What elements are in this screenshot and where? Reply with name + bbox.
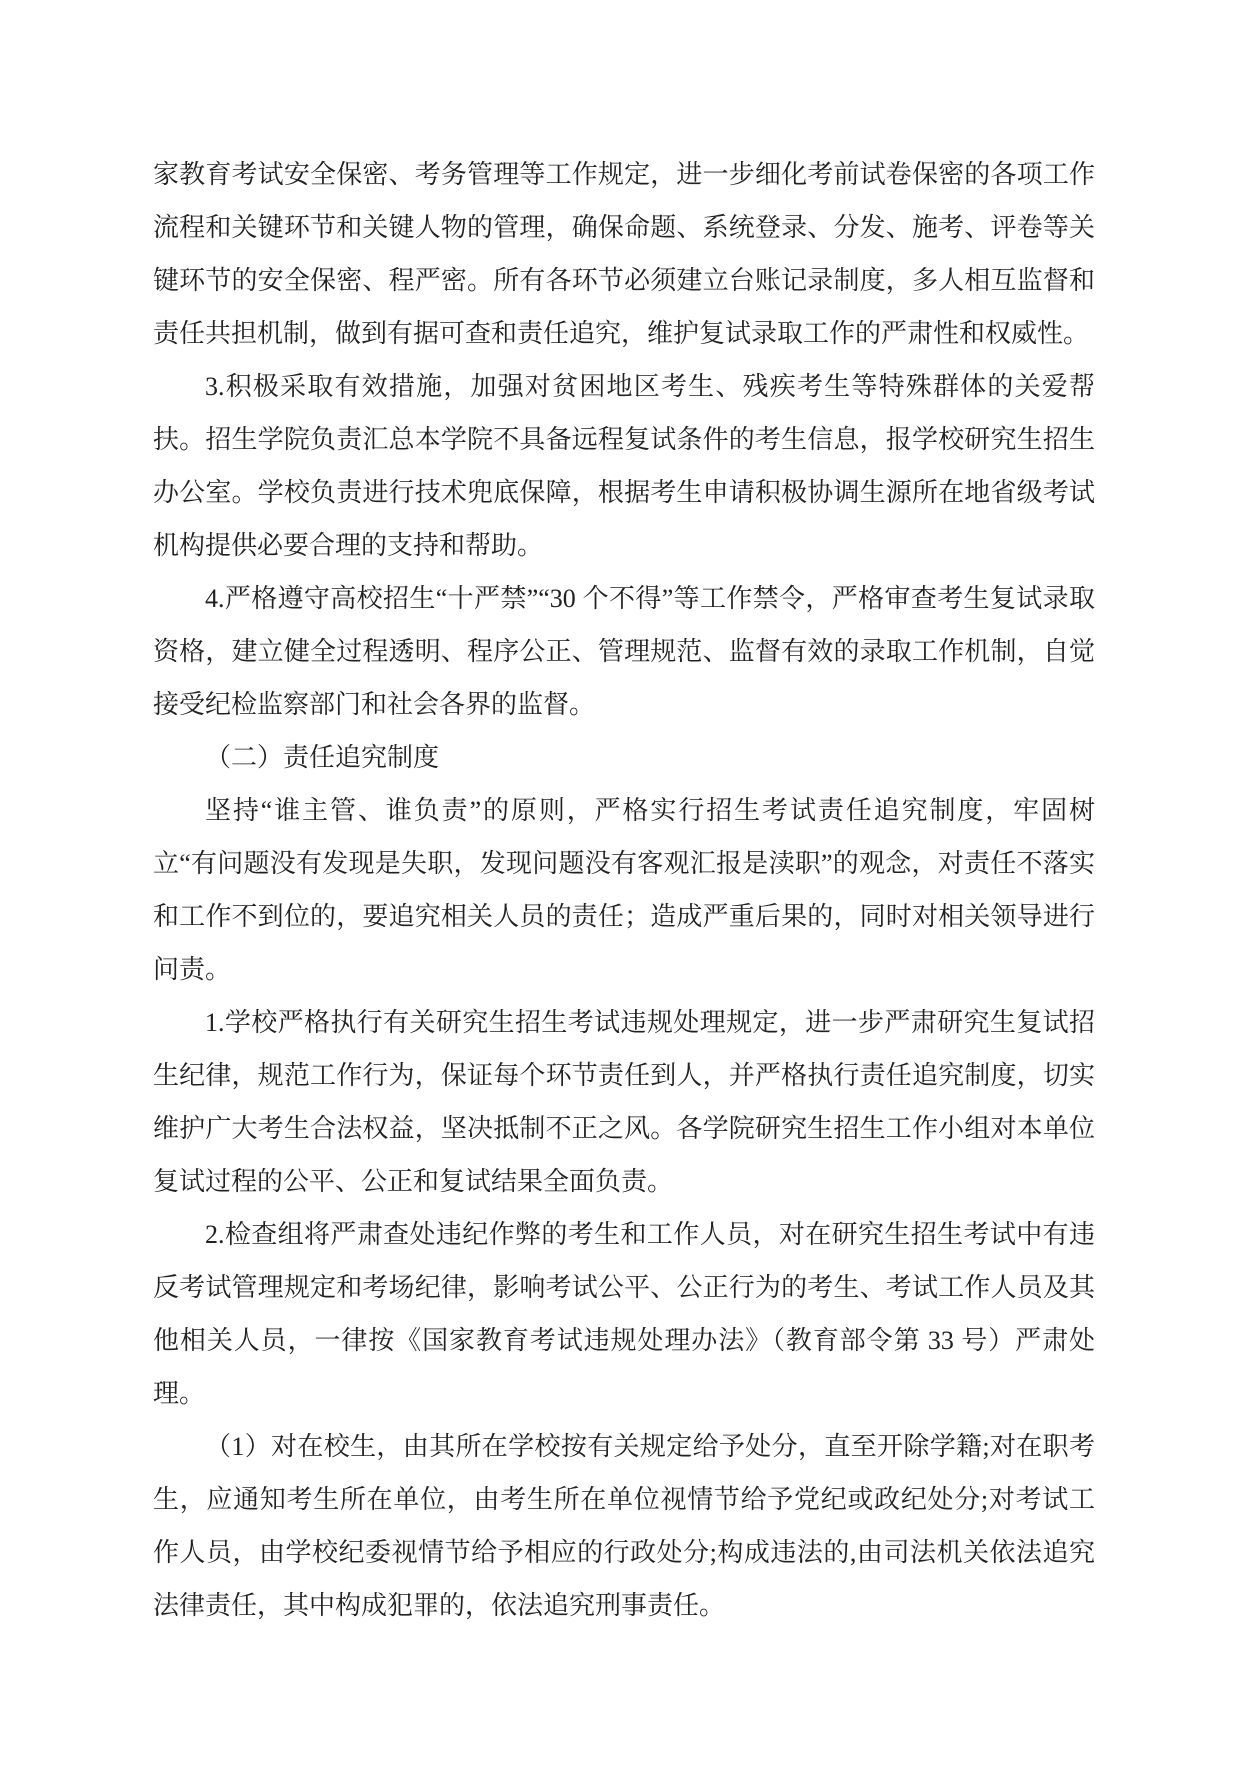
paragraph-item-2: 2.检查组将严肃查处违纪作弊的考生和工作人员，对在研究生招生考试中有违反考试管理… bbox=[153, 1208, 1095, 1420]
paragraph-item-1: 1.学校严格执行有关研究生招生考试违规处理规定，进一步严肃研究生复试招生纪律，规… bbox=[153, 996, 1095, 1208]
paragraph-subitem-1: （1）对在校生，由其所在学校按有关规定给予处分，直至开除学籍;对在职考生，应通知… bbox=[153, 1420, 1095, 1632]
section-heading-2: （二）责任追究制度 bbox=[153, 731, 1095, 784]
paragraph-continuation: 家教育考试安全保密、考务管理等工作规定，进一步细化考前试卷保密的各项工作流程和关… bbox=[153, 148, 1095, 360]
paragraph-principle: 坚持“谁主管、谁负责”的原则，严格实行招生考试责任追究制度，牢固树立“有问题没有… bbox=[153, 784, 1095, 996]
document-content: 家教育考试安全保密、考务管理等工作规定，进一步细化考前试卷保密的各项工作流程和关… bbox=[153, 148, 1095, 1632]
document-page: 家教育考试安全保密、考务管理等工作规定，进一步细化考前试卷保密的各项工作流程和关… bbox=[0, 0, 1256, 1777]
paragraph-item-4: 4.严格遵守高校招生“十严禁”“30 个不得”等工作禁令，严格审查考生复试录取资… bbox=[153, 572, 1095, 731]
paragraph-item-3: 3.积极采取有效措施，加强对贫困地区考生、残疾考生等特殊群体的关爱帮扶。招生学院… bbox=[153, 360, 1095, 572]
